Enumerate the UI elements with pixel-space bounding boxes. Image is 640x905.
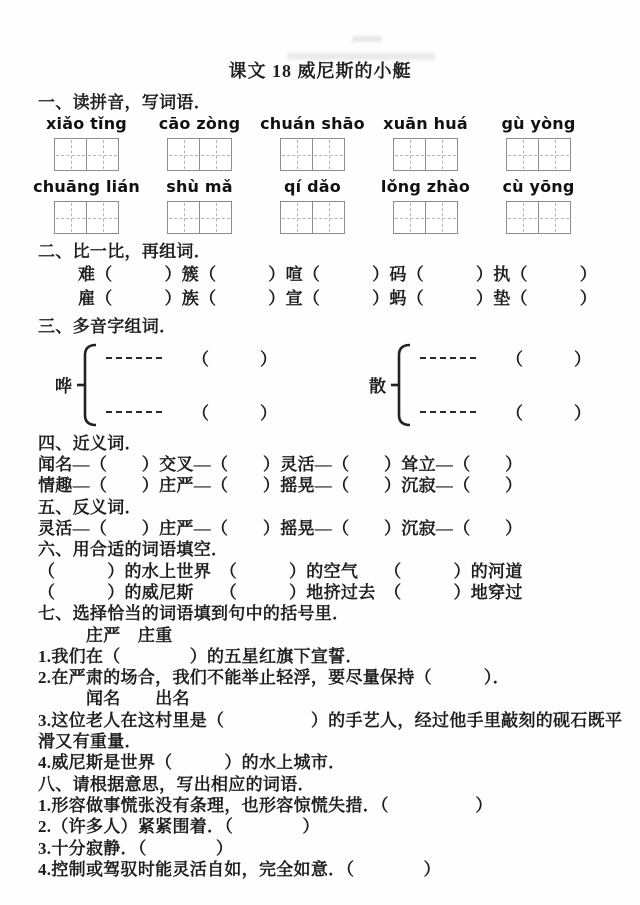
pinyin-column: shù mǎ xyxy=(143,176,256,234)
multisound-group-san: 散 （ ） （ ） xyxy=(369,342,591,428)
section4-row2: 情趣—（ ）庄严—（ ）摇晃—（ ）沉寂—（ ） xyxy=(38,475,640,496)
writing-grid-box xyxy=(506,138,571,171)
grid-cell xyxy=(55,202,86,233)
multisound-section: 哗 （ ） （ ） 散 xyxy=(55,341,640,429)
answer-parens: （ ） xyxy=(506,399,591,424)
section6-row1: （ ）的水上世界 （ ）的空气 （ ）的河道 xyxy=(38,561,640,582)
pinyin-label: xiǎo tǐng xyxy=(46,113,127,135)
pinyin-column: qí dǎo xyxy=(256,176,369,234)
writing-grid-box xyxy=(393,201,458,234)
grid-cell xyxy=(199,202,231,233)
multisound-rows: （ ） （ ） xyxy=(106,347,277,423)
answer-blank-line xyxy=(106,357,162,359)
worksheet-page: 课文 18 威尼斯的小艇 一、读拼音，写词语． xiǎo tǐng cāo zò… xyxy=(0,0,640,905)
pinyin-column: chuāng lián xyxy=(30,176,143,234)
grid-cell xyxy=(86,139,118,170)
multisound-character: 哗 xyxy=(55,372,72,397)
grid-cell xyxy=(538,139,570,170)
section3-header: 三、多音字组词． xyxy=(38,316,640,337)
multisound-character: 散 xyxy=(369,372,386,397)
pinyin-label: chuāng lián xyxy=(33,176,140,198)
writing-grid-box xyxy=(280,138,345,171)
section7-sentence-2: 2.在严肃的场合，我们不能举止轻浮，要尽量保持（ ）． xyxy=(38,667,640,688)
section4-row1: 闻名—（ ）交叉—（ ）灵活—（ ）耸立—（ ） xyxy=(38,454,640,475)
pinyin-column: xiǎo tǐng xyxy=(30,113,143,171)
multisound-answer-row: （ ） xyxy=(420,347,591,369)
brace-icon xyxy=(77,342,97,428)
pinyin-label: qí dǎo xyxy=(284,176,341,198)
section8-definition-1: 1.形容做事慌张没有条理，也形容惊慌失措．（ ） xyxy=(38,795,640,816)
answer-parens: （ ） xyxy=(192,399,277,424)
grid-cell xyxy=(507,202,538,233)
section6-row2: （ ）的威尼斯 （ ）地挤过去 （ ）地穿过 xyxy=(38,582,640,603)
grid-cell xyxy=(538,202,570,233)
section7-sentence-4: 4.威尼斯是世界（ ）的水上城市． xyxy=(38,752,640,773)
page-title: 课文 18 威尼斯的小艇 xyxy=(0,0,640,83)
pinyin-column: lǒng zhào xyxy=(369,176,482,234)
multisound-group-hua: 哗 （ ） （ ） xyxy=(55,342,277,428)
grid-cell xyxy=(168,139,199,170)
grid-cell xyxy=(425,139,457,170)
grid-cell xyxy=(312,139,344,170)
answer-parens: （ ） xyxy=(192,345,277,370)
section5-header: 五、反义词． xyxy=(38,497,640,518)
pinyin-label: chuán shāo xyxy=(260,113,365,135)
pinyin-column: cāo zòng xyxy=(143,113,256,171)
section7-sentence-3-line2: 滑又有重量． xyxy=(38,731,640,752)
answer-blank-line xyxy=(420,357,476,359)
pinyin-column: cù yōng xyxy=(482,176,595,234)
answer-blank-line xyxy=(420,411,476,413)
writing-grid-box xyxy=(167,138,232,171)
pinyin-label: shù mǎ xyxy=(166,176,233,198)
section2-header: 二、比一比，再组词． xyxy=(38,241,640,262)
writing-grid-box xyxy=(167,201,232,234)
writing-grid-box xyxy=(393,138,458,171)
multisound-rows: （ ） （ ） xyxy=(420,347,591,423)
writing-grid-box xyxy=(506,201,571,234)
pinyin-grid-row1: xiǎo tǐng cāo zòng chuán shāo xuān huá g… xyxy=(30,113,640,171)
section2-row1: 难（ ）簇（ ）喧（ ）码（ ）执（ ） xyxy=(78,263,640,288)
section8-definition-3: 3.十分寂静．（ ） xyxy=(38,838,640,859)
writing-grid-box xyxy=(54,138,119,171)
section7-sentence-3-line1: 3.这位老人在这村里是（ ）的手艺人，经过他手里敲刻的砚石既平 xyxy=(38,710,640,731)
section7-sentence-1: 1.我们在（ ）的五星红旗下宣誓． xyxy=(38,646,640,667)
pinyin-label: cù yōng xyxy=(502,176,574,198)
pinyin-label: gù yòng xyxy=(501,113,575,135)
section2-row2: 雇（ ）族（ ）宣（ ）蚂（ ）垫（ ） xyxy=(78,287,640,312)
section7-word-options-2: 闻名 出名 xyxy=(86,688,640,709)
writing-grid-box xyxy=(280,201,345,234)
grid-cell xyxy=(281,202,312,233)
section4-header: 四、近义词． xyxy=(38,433,640,454)
grid-cell xyxy=(168,202,199,233)
pinyin-column: xuān huá xyxy=(369,113,482,171)
watermark-smudge xyxy=(352,36,382,42)
section8-definition-4: 4.控制或驾驭时能灵活自如，完全如意．（ ） xyxy=(38,859,640,880)
pinyin-label: cāo zòng xyxy=(159,113,241,135)
grid-cell xyxy=(425,202,457,233)
grid-cell xyxy=(507,139,538,170)
writing-grid-box xyxy=(54,201,119,234)
section8-header: 八、请根据意思，写出相应的词语． xyxy=(38,774,640,795)
answer-blank-line xyxy=(106,411,162,413)
grid-cell xyxy=(312,202,344,233)
grid-cell xyxy=(55,139,86,170)
pinyin-grid-row2: chuāng lián shù mǎ qí dǎo lǒng zhào cù y… xyxy=(30,176,640,234)
grid-cell xyxy=(394,139,425,170)
multisound-answer-row: （ ） xyxy=(106,347,277,369)
section5-row1: 灵活—（ ）庄严—（ ）摇晃—（ ）沉寂—（ ） xyxy=(38,518,640,539)
grid-cell xyxy=(86,202,118,233)
answer-parens: （ ） xyxy=(506,345,591,370)
section7-word-options-1: 庄严 庄重 xyxy=(86,625,640,646)
multisound-answer-row: （ ） xyxy=(106,401,277,423)
multisound-answer-row: （ ） xyxy=(420,401,591,423)
watermark-smudge xyxy=(287,53,435,60)
section6-header: 六、用合适的词语填空． xyxy=(38,539,640,560)
grid-cell xyxy=(281,139,312,170)
section8-definition-2: 2.（许多人）紧紧围着．（ ） xyxy=(38,816,640,837)
section1-header: 一、读拼音，写词语． xyxy=(38,92,640,113)
grid-cell xyxy=(394,202,425,233)
section7-header: 七、选择恰当的词语填到句中的括号里． xyxy=(38,603,640,624)
pinyin-label: lǒng zhào xyxy=(381,176,470,198)
brace-icon xyxy=(391,342,411,428)
pinyin-column: gù yòng xyxy=(482,113,595,171)
pinyin-column: chuán shāo xyxy=(256,113,369,171)
pinyin-label: xuān huá xyxy=(383,113,468,135)
grid-cell xyxy=(199,139,231,170)
